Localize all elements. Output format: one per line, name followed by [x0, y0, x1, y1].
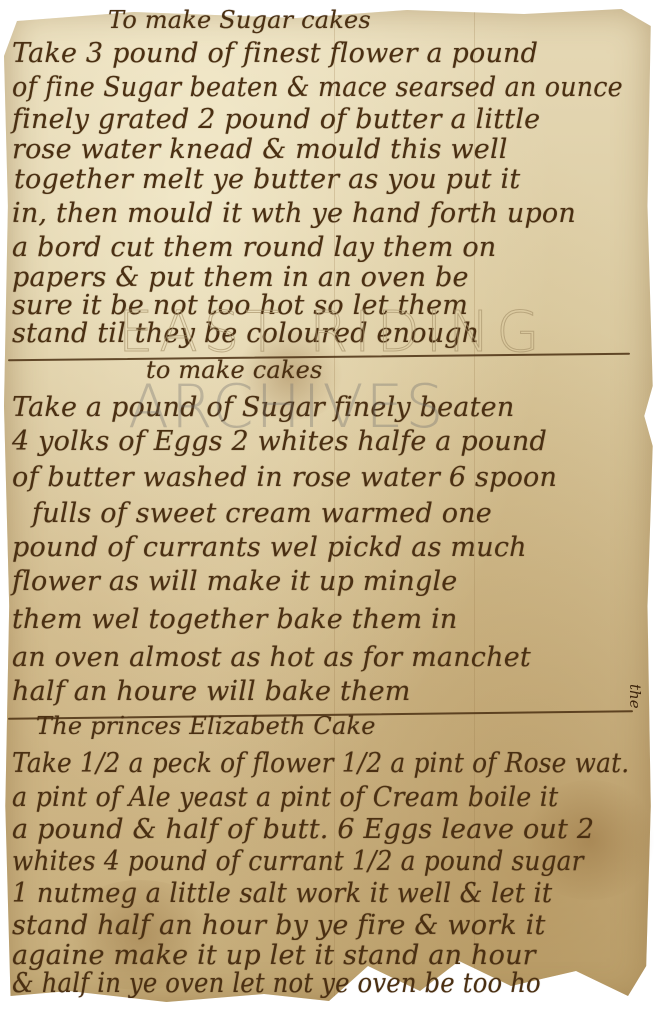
- recipe-line: rose water knead & mould this well: [12, 134, 508, 165]
- recipe-line: in, then mould it wth ye hand forth upon: [12, 198, 576, 229]
- recipe-line: 1 nutmeg a little salt work it well & le…: [12, 878, 552, 909]
- recipe-line: half an houre will bake them: [12, 676, 411, 707]
- recipe-line: papers & put them in an oven be: [12, 262, 469, 293]
- recipe-title: to make cakes: [146, 356, 323, 384]
- recipe-line: Take 3 pound of finest flower a pound: [12, 38, 538, 69]
- recipe-line: finely grated 2 pound of butter a little: [12, 104, 540, 135]
- recipe-line: a pint of Ale yeast a pint of Cream boil…: [12, 782, 558, 813]
- recipe-line: of fine Sugar beaten & mace searsed an o…: [12, 72, 623, 103]
- recipe-line: flower as will make it up mingle: [12, 566, 457, 597]
- recipe-line: a bord cut them round lay them on: [12, 232, 496, 263]
- recipe-line: together melt ye butter as you put it: [14, 164, 520, 195]
- recipe-line: Take 1/2 a peck of flower 1/2 a pint of …: [12, 748, 629, 779]
- recipe-title: To make Sugar cakes: [108, 6, 371, 34]
- recipe-line: fulls of sweet cream warmed one: [32, 498, 492, 529]
- recipe-line: sure it be not too hot so let them: [12, 290, 468, 321]
- recipe-title: The princes Elizabeth Cake: [36, 712, 376, 740]
- recipe-line: Take a pound of Sugar finely beaten: [12, 392, 514, 423]
- recipe-line: them wel together bake them in: [12, 604, 458, 635]
- recipe-line: an oven almost as hot as for manchet: [12, 642, 531, 673]
- margin-note: the: [626, 684, 644, 709]
- manuscript-text: To make Sugar cakes Take 3 pound of fine…: [0, 0, 659, 1024]
- recipe-line: pound of currants wel pickd as much: [12, 532, 527, 563]
- recipe-line: whites 4 pound of currant 1/2 a pound su…: [12, 846, 584, 877]
- recipe-line: & half in ye oven let not ye oven be too…: [12, 968, 541, 999]
- recipe-line: stand til they be coloured enough: [12, 318, 479, 349]
- recipe-line: 4 yolks of Eggs 2 whites halfe a pound: [12, 426, 547, 457]
- recipe-line: a pound & half of butt. 6 Eggs leave out…: [12, 814, 594, 845]
- recipe-line: stand half an hour by ye fire & work it: [12, 910, 546, 941]
- recipe-line: againe make it up let it stand an hour: [12, 940, 536, 971]
- recipe-line: of butter washed in rose water 6 spoon: [12, 462, 557, 493]
